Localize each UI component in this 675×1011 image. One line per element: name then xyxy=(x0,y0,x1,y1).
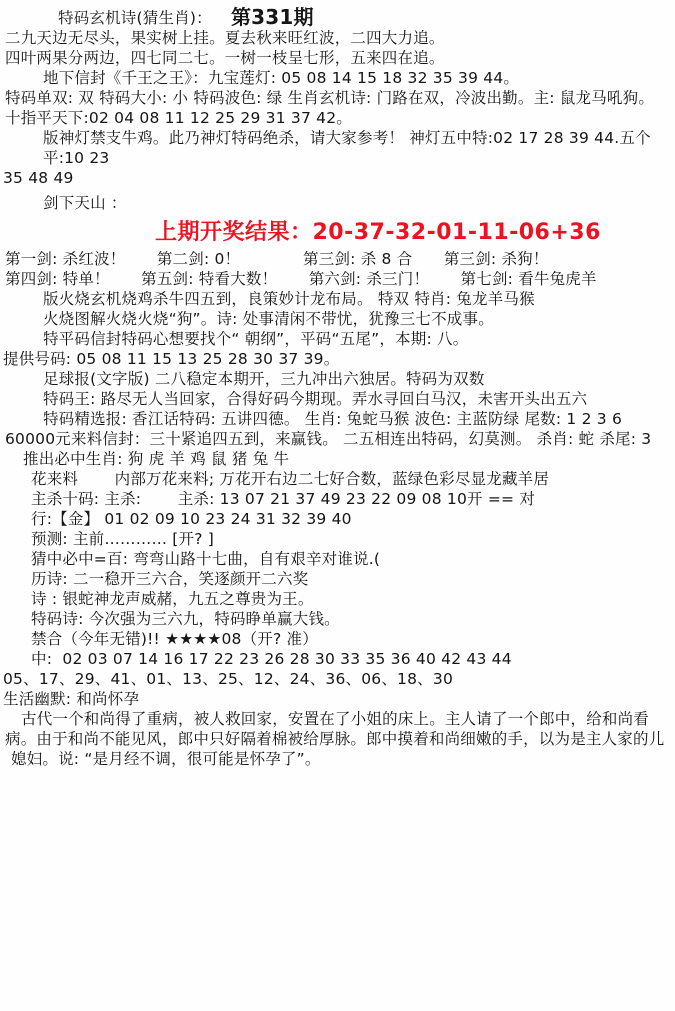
zodiac-poem-line: 四叶两果分两边，四七同二七。一树一枝呈七形，五来四在追。 xyxy=(5,49,445,67)
material-envelope-tip: 60000元来料信封：三十紧追四五到，来赢钱。 二五相连出特码，幻莫测。 杀肖:… xyxy=(5,430,651,448)
text-line-17: 特码王: 路尽无人当回家，合得好码今期现。弄水寻回白马汉，未害开头出五六 xyxy=(3,389,672,409)
text-line-8: 35 48 49 xyxy=(3,168,672,188)
humor-story-line: 古代一个和尚得了重病，被人救回家，安置在了小姐的床上。主人请了一个郎中，给和尚看 xyxy=(21,710,649,728)
sword-row: 第一剑: 杀红波！ 第二剑: 0！ 第三剑: 杀 8 合 第三剑: 杀狗！ xyxy=(5,250,549,268)
attribute-tips: 特码单双: 双 特码大小: 小 特码波色: 绿 生肖玄机诗: 门路在双，冷波出勤… xyxy=(5,89,654,107)
text-line-32: 生活幽默: 和尚怀孕 xyxy=(3,689,672,709)
prediction: 预测: 主前………… [开? ] xyxy=(31,530,214,548)
sword-row: 第四剑: 特单！ 第五剑: 特看大数！ 第六剑: 杀三门！ 第七剑: 看牛兔虎羊 xyxy=(5,270,597,288)
text-line-7: 版神灯禁支牛鸡。此乃神灯特码绝杀，请大家参考！ 神灯五中特:02 17 28 3… xyxy=(3,128,672,168)
text-line-21: 花来料 内部万花来料; 万花开右边二七好合数，蓝绿色彩尽显龙藏羊居 xyxy=(3,469,672,489)
humor-title: 生活幽默: 和尚怀孕 xyxy=(3,690,139,708)
text-line-22: 主杀十码: 主杀: 主杀: 13 07 21 37 49 23 22 09 08… xyxy=(3,489,672,509)
calendar-poem: 历诗: 二一稳开三六合，笑逐颜开二六奖 xyxy=(31,570,308,588)
lamp-tip: 版神灯禁支牛鸡。此乃神灯特码绝杀，请大家参考！ 神灯五中特:02 17 28 3… xyxy=(43,129,651,167)
lottery-tip-sheet-page: 特码玄机诗(猜生肖)： 第331期二九天边无尽头，果实树上挂。夏去秋来旺红波，二… xyxy=(0,0,675,1011)
text-line-18: 特码精选报: 香江话特码: 五讲四德。 生肖: 兔蛇马猴 波色: 主蓝防绿 尾数… xyxy=(3,409,672,429)
text-line-26: 历诗: 二一稳开三六合，笑逐颜开二六奖 xyxy=(3,569,672,589)
text-line-20: 推出必中生肖: 狗 虎 羊 鸡 鼠 猪 兔 牛 xyxy=(3,449,672,469)
forbidden-sum: 禁合（今年无错)!! ★★★★08（开? 准） xyxy=(31,630,318,648)
number-tip: 十指平天下:02 04 08 11 12 25 29 31 37 42。 xyxy=(5,109,352,127)
text-line-25: 猜中必中=百: 弯弯山路十七曲，自有艰辛对谁说.( xyxy=(3,549,672,569)
provided-numbers: 提供号码: 05 08 11 15 13 25 28 30 37 39。 xyxy=(3,350,339,368)
text-line-24: 预测: 主前………… [开? ] xyxy=(3,529,672,549)
text-line-33: 古代一个和尚得了重病，被人救回家，安置在了小姐的床上。主人请了一个郎中，给和尚看 xyxy=(3,709,672,729)
sword-section-title: 剑下天山 ： xyxy=(43,194,127,212)
fire-diagram-tip: 火烧图解火烧火烧“狗”。诗: 处事清闲不带忧，犹豫三七不成事。 xyxy=(43,310,494,328)
lamp-tip-continued: 35 48 49 xyxy=(3,169,74,187)
text-line-5: 特码单双: 双 特码大小: 小 特码波色: 绿 生肖玄机诗: 门路在双，冷波出勤… xyxy=(3,88,672,108)
text-line-35: 媳妇。说: “是月经不调，很可能是怀孕了”。 xyxy=(3,749,672,769)
number-list: 05、17、29、41、01、13、25、12、24、36、06、18、30 xyxy=(3,670,453,688)
hit-numbers: 中: 02 03 07 14 16 17 22 23 26 28 30 33 3… xyxy=(31,650,512,668)
document-body: 特码玄机诗(猜生肖)： 第331期二九天边无尽头，果实树上挂。夏去秋来旺红波，二… xyxy=(3,7,672,769)
text-line-28: 特码诗: 今次强为三六九，特码睁单赢大钱。 xyxy=(3,609,672,629)
special-code-poem: 特码诗: 今次强为三六九，特码睁单赢大钱。 xyxy=(31,610,340,628)
humor-story-line: 病。由于和尚不能见风，郎中只好隔着棉被给厚脉。郎中摸着和尚细嫩的手，以为是主人家… xyxy=(5,730,664,748)
text-line-13: 火烧图解火烧火烧“狗”。诗: 处事清闲不带忧，犹豫三七不成事。 xyxy=(3,309,672,329)
text-line-4: 地下信封《千王之王》：九宝莲灯: 05 08 14 15 18 32 35 39… xyxy=(3,68,672,88)
special-king-tip: 特码王: 路尽无人当回家，合得好码今期现。弄水寻回白马汉，未害开头出五六 xyxy=(43,390,587,408)
text-line-6: 十指平天下:02 04 08 11 12 25 29 31 37 42。 xyxy=(3,108,672,128)
humor-story-line: 媳妇。说: “是月经不调，很可能是怀孕了”。 xyxy=(11,750,321,768)
text-line-19: 60000元来料信封：三十紧追四五到，来赢钱。 二五相连出特码，幻莫测。 杀肖:… xyxy=(3,429,672,449)
text-line-27: 诗 : 银蛇神龙声威赭，九五之尊贵为王。 xyxy=(3,589,672,609)
guess-hit-poem: 猜中必中=百: 弯弯山路十七曲，自有艰辛对谁说.( xyxy=(31,550,380,568)
flower-material-tip: 花来料 内部万花来料; 万花开右边二七好合数，蓝绿色彩尽显龙藏羊居 xyxy=(31,470,549,488)
text-line-11: 第四剑: 特单！ 第五剑: 特看大数！ 第六剑: 杀三门！ 第七剑: 看牛兔虎羊 xyxy=(3,269,672,289)
doc-title: 特码玄机诗(猜生肖)： xyxy=(58,9,217,27)
text-line-29: 禁合（今年无错)!! ★★★★08（开? 准） xyxy=(3,629,672,649)
text-line-15: 提供号码: 05 08 11 15 13 25 28 30 37 39。 xyxy=(3,349,672,369)
special-flat-tip: 特平码信封特码心想要找个“ 朝纲”，平码“五尾”，本期: 八。 xyxy=(43,330,468,348)
text-line-14: 特平码信封特码心想要找个“ 朝纲”，平码“五尾”，本期: 八。 xyxy=(3,329,672,349)
main-kill-ten-codes: 主杀十码: 主杀: 主杀: 13 07 21 37 49 23 22 09 08… xyxy=(31,490,535,508)
text-line-2: 二九天边无尽头，果实树上挂。夏去秋来旺红波，二四大力追。 xyxy=(3,28,672,48)
text-line-30: 中: 02 03 07 14 16 17 22 23 26 28 30 33 3… xyxy=(3,649,672,669)
text-line-16: 足球报(文字版) 二八稳定本期开，三九冲出六独居。特码为双数 xyxy=(3,369,672,389)
poem: 诗 : 银蛇神龙声威赭，九五之尊贵为王。 xyxy=(31,590,314,608)
selected-paper-tip: 特码精选报: 香江话特码: 五讲四德。 生肖: 兔蛇马猴 波色: 主蓝防绿 尾数… xyxy=(43,410,622,428)
text-line-31: 05、17、29、41、01、13、25、12、24、36、06、18、30 xyxy=(3,669,672,689)
text-line-3: 四叶两果分两边，四七同二七。一树一枝呈七形，五来四在追。 xyxy=(3,48,672,68)
envelope-tip: 地下信封《千王之王》：九宝莲灯: 05 08 14 15 18 32 35 39… xyxy=(43,69,519,87)
text-line-10: 第一剑: 杀红波！ 第二剑: 0！ 第三剑: 杀 8 合 第三剑: 杀狗！ xyxy=(3,249,672,269)
zodiac-poem-line: 二九天边无尽头，果实树上挂。夏去秋来旺红波，二四大力追。 xyxy=(5,29,445,47)
football-paper-tip: 足球报(文字版) 二八稳定本期开，三九冲出六独居。特码为双数 xyxy=(43,370,485,388)
fire-tip: 版火烧玄机烧鸡杀牛四五到，良策妙计龙布局。 特双 特肖: 兔龙羊马猴 xyxy=(43,290,535,308)
text-line-23: 行:【金】 01 02 09 10 23 24 31 32 39 40 xyxy=(3,509,672,529)
issue-number: 第331期 xyxy=(231,5,314,29)
previous-draw-result: 上期开奖结果：20-37-32-01-11-06+36 xyxy=(155,220,601,245)
text-line-34: 病。由于和尚不能见风，郎中只好隔着棉被给厚脉。郎中摸着和尚细嫩的手，以为是主人家… xyxy=(3,729,672,749)
text-line-12: 版火烧玄机烧鸡杀牛四五到，良策妙计龙布局。 特双 特肖: 兔龙羊马猴 xyxy=(3,289,672,309)
text-line-1: 特码玄机诗(猜生肖)： 第331期 xyxy=(3,7,672,28)
must-hit-zodiacs: 推出必中生肖: 狗 虎 羊 鸡 鼠 猪 兔 牛 xyxy=(23,450,289,468)
element-gold-numbers: 行:【金】 01 02 09 10 23 24 31 32 39 40 xyxy=(31,510,352,528)
text-line-9: 剑下天山 ：上期开奖结果：20-37-32-01-11-06+36 xyxy=(3,188,672,249)
